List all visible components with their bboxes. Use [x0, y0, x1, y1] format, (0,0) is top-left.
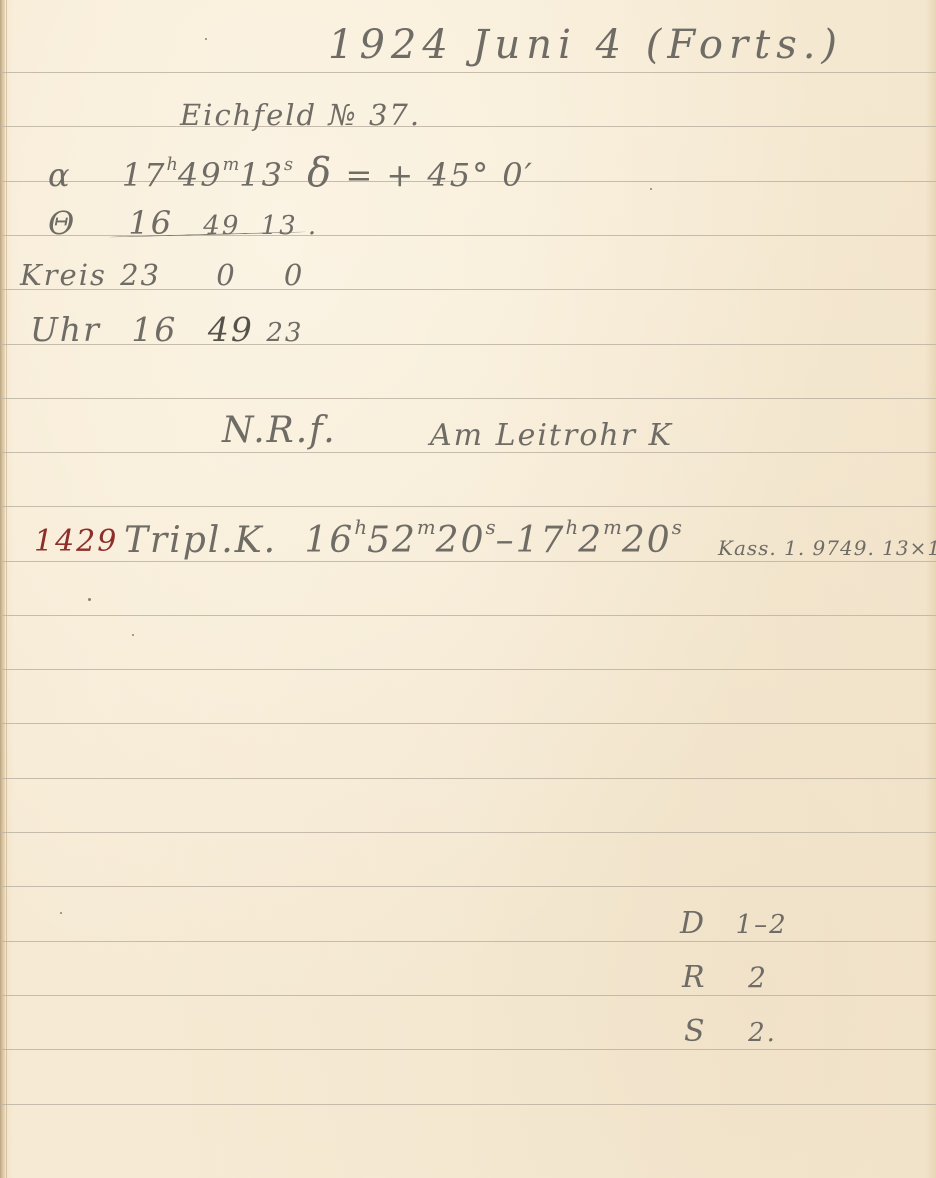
start-seconds: 20 [436, 520, 486, 561]
theta-minutes: 49 [203, 211, 240, 241]
ruled-line [0, 615, 936, 616]
notebook-page: 1924 Juni 4 (Forts.) Eichfeld № 37. α 17… [0, 0, 936, 1178]
start-hours: 16 [305, 520, 355, 561]
condition-value: 2. [748, 1018, 777, 1048]
ruled-line [0, 1104, 936, 1105]
delta-symbol: δ [307, 150, 333, 196]
alpha-symbol: α [48, 156, 72, 194]
kreis-row: Kreis 23 0 0 [20, 258, 304, 292]
ruled-line [0, 561, 936, 562]
end-hours: 17 [516, 520, 566, 561]
condition-row: D 1–2 [680, 906, 788, 941]
uhr-row: Uhr 16 49 23 [30, 310, 303, 349]
delta-value: = + 45° 0′ [345, 156, 533, 194]
cassette-note: Kass. 1. 9749. 13×18 [718, 536, 936, 560]
condition-symbol: R [682, 960, 707, 995]
ruled-line [0, 941, 936, 942]
kreis-seconds: 0 [284, 258, 304, 292]
condition-value: 2 [748, 961, 768, 994]
condition-row: S 2. [684, 1014, 777, 1049]
ruled-line [0, 995, 936, 996]
page-margin-line [6, 0, 7, 1178]
plate-number: 1429 [34, 524, 118, 559]
paper-speck [60, 912, 62, 914]
condition-row: R 2 [682, 960, 768, 995]
kreis-minutes: 0 [216, 258, 236, 292]
time-range-separator: – [496, 520, 516, 561]
remark-left: N.R.f. [222, 410, 337, 451]
ruled-line [0, 72, 936, 73]
seconds-unit: s [284, 155, 293, 175]
uhr-seconds: 23 [266, 318, 303, 348]
ruled-line [0, 886, 936, 887]
condition-symbol: D [680, 906, 706, 941]
alpha-minutes: 49 [178, 156, 223, 194]
alpha-row: α 17h49m13s δ = + 45° 0′ [48, 150, 534, 196]
field-title: Eichfeld № 37. [180, 98, 421, 132]
uhr-minutes: 49 [208, 310, 254, 349]
end-minutes: 2 [578, 520, 603, 561]
uhr-label: Uhr [30, 310, 101, 349]
ruled-line [0, 398, 936, 399]
theta-symbol: Θ [48, 204, 76, 242]
paper-speck [132, 634, 134, 636]
ruled-line [0, 126, 936, 127]
plate-description: Tripl.K. [124, 520, 277, 561]
kreis-hours: 23 [120, 258, 161, 292]
ruled-line [0, 669, 936, 670]
hours-unit: h [167, 155, 178, 175]
kreis-label: Kreis [20, 258, 107, 292]
minutes-unit: m [223, 155, 240, 175]
paper-speck [88, 598, 91, 601]
plate-exposure: Tripl.K. 16h52m20s–17h2m20s [124, 516, 682, 561]
page-binding-edge [0, 0, 5, 1178]
condition-symbol: S [684, 1014, 707, 1049]
alpha-hours: 17 [122, 156, 167, 194]
condition-value: 1–2 [736, 910, 788, 940]
alpha-seconds: 13 [239, 156, 284, 194]
ruled-line [0, 506, 936, 507]
paper-speck [650, 188, 652, 190]
end-seconds: 20 [622, 520, 672, 561]
ruled-line [0, 778, 936, 779]
uhr-hours: 16 [131, 310, 177, 349]
remark-right: Am Leitrohr K [430, 418, 673, 453]
ruled-line [0, 723, 936, 724]
page-date-heading: 1924 Juni 4 (Forts.) [328, 22, 843, 68]
paper-speck [205, 38, 207, 40]
start-minutes: 52 [367, 520, 417, 561]
ruled-line [0, 1049, 936, 1050]
theta-row: Θ 16 49 13 . [48, 204, 318, 242]
theta-seconds: 13 . [261, 211, 319, 241]
ruled-line [0, 832, 936, 833]
